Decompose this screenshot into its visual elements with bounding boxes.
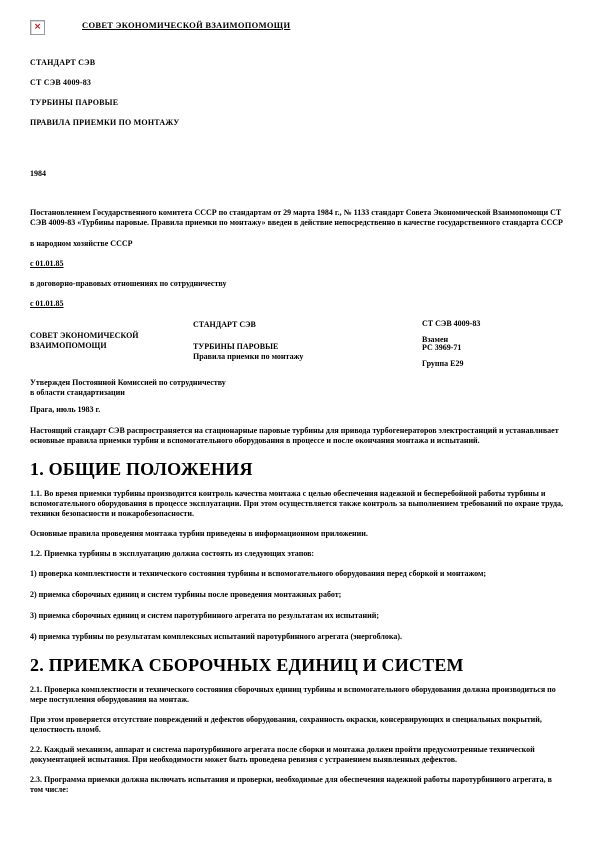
stage-item-1: 1) проверка комплектности и технического… [30, 569, 565, 579]
group-label: Группа Е29 [422, 360, 565, 368]
center-standard-title: ТУРБИНЫ ПАРОВЫЕ [193, 342, 422, 352]
scope1-label: в народном хозяйстве СССР [30, 240, 565, 248]
standard-subtitle: ПРАВИЛА ПРИЕМКИ ПО МОНТАЖУ [30, 119, 565, 127]
scope2-date: с 01.01.85 [30, 300, 565, 308]
paragraph-2-1b: При этом проверяется отсутствие поврежде… [30, 715, 565, 735]
stage-item-4: 4) приемка турбины по результатам компле… [30, 632, 565, 642]
replaces-code: РС 3969-71 [422, 344, 565, 352]
org-name-line2: ВЗАИМОПОМОЩИ [30, 341, 193, 351]
scope-paragraph: Настоящий стандарт СЭВ распространяется … [30, 426, 565, 446]
section1-heading: 1. ОБЩИЕ ПОЛОЖЕНИЯ [30, 460, 565, 479]
standard-title: ТУРБИНЫ ПАРОВЫЕ [30, 99, 565, 107]
broken-image-icon: × [30, 20, 45, 35]
document-page: × СОВЕТ ЭКОНОМИЧЕСКОЙ ВЗАИМОПОМОЩИ СТАНД… [0, 0, 595, 795]
section2-heading: 2. ПРИЕМКА СБОРОЧНЫХ ЕДИНИЦ И СИСТЕМ [30, 656, 565, 675]
approval-line1: Утвержден Постоянной Комиссией по сотруд… [30, 378, 226, 387]
title-table-right-column: СТ СЭВ 4009-83 Взамен РС 3969-71 Группа … [422, 320, 565, 368]
approval-paragraph: Утвержден Постоянной Комиссией по сотруд… [30, 378, 565, 398]
paragraph-2-1: 2.1. Проверка комплектности и техническо… [30, 685, 565, 705]
organization-title: СОВЕТ ЭКОНОМИЧЕСКОЙ ВЗАИМОПОМОЩИ [82, 20, 290, 31]
approval-line2: в области стандартизации [30, 388, 125, 397]
org-name-line1: СОВЕТ ЭКОНОМИЧЕСКОЙ [30, 331, 193, 341]
right-standard-code: СТ СЭВ 4009-83 [422, 320, 565, 328]
scope1-date: с 01.01.85 [30, 260, 565, 268]
paragraph-1-2: 1.2. Приемка турбины в эксплуатацию долж… [30, 549, 565, 559]
decree-paragraph: Постановлением Государственного комитета… [30, 208, 565, 228]
place-and-date: Прага, июль 1983 г. [30, 406, 565, 414]
scope2-label: в договорно-правовых отношениях по сотру… [30, 280, 565, 288]
paragraph-1-1: 1.1. Во время приемки турбины производит… [30, 489, 565, 519]
document-header-row: × СОВЕТ ЭКОНОМИЧЕСКОЙ ВЗАИМОПОМОЩИ [30, 20, 565, 35]
paragraph-2-2: 2.2. Каждый механизм, аппарат и система … [30, 745, 565, 765]
paragraph-2-3: 2.3. Программа приемки должна включать и… [30, 775, 565, 795]
standard-code: СТ СЭВ 4009-83 [30, 79, 565, 87]
broken-image-x-glyph: × [34, 23, 42, 32]
center-standard-label: СТАНДАРТ СЭВ [193, 320, 422, 330]
paragraph-1-note: Основные правила проведения монтажа турб… [30, 529, 565, 539]
standard-label: СТАНДАРТ СЭВ [30, 59, 565, 67]
standard-title-table: СОВЕТ ЭКОНОМИЧЕСКОЙ ВЗАИМОПОМОЩИ СТАНДАР… [30, 320, 565, 368]
stage-item-2: 2) приемка сборочных единиц и систем тур… [30, 590, 565, 600]
title-table-center-column: СТАНДАРТ СЭВ ТУРБИНЫ ПАРОВЫЕ Правила при… [193, 320, 422, 368]
title-table-left-column: СОВЕТ ЭКОНОМИЧЕСКОЙ ВЗАИМОПОМОЩИ [30, 320, 193, 368]
center-standard-subtitle: Правила приемки по монтажу [193, 352, 422, 362]
publication-year: 1984 [30, 170, 565, 178]
stage-item-3: 3) приемка сборочных единиц и систем пар… [30, 611, 565, 621]
